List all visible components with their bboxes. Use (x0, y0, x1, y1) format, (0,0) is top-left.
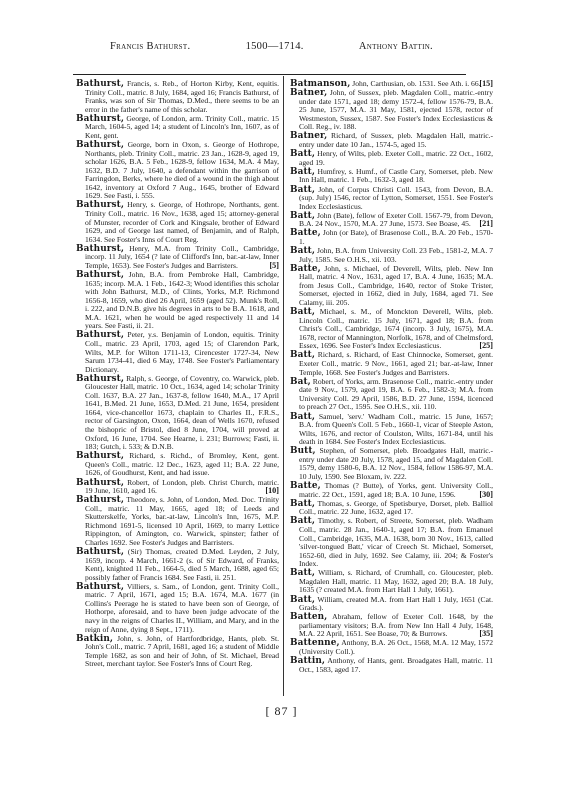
entry-text: William, s. Richard, of Crumhall, co. Gl… (299, 568, 493, 594)
register-entry: Batt, Humfrey, s. Humf., of Castle Cary,… (290, 168, 493, 185)
entry-text: Robert, of Yorks, arm. Brasenose Coll., … (299, 377, 493, 412)
register-entry: Bathurst, Ralph, s. George, of Coventry,… (76, 375, 279, 452)
entry-text: Abraham, fellow of Exeter Coll. 1648, by… (299, 612, 493, 638)
register-entry: Batte, John, s. Michael, of Deverell, Wi… (290, 265, 493, 308)
entry-text: Richard, s. Richard, of East Chinnocke, … (299, 350, 493, 376)
header-rule (73, 74, 466, 75)
entry-text: George, born in Oxon, s. George of Hothr… (85, 140, 279, 200)
register-entry: Batner, Richard, of Sussex, pleb. Magdal… (290, 132, 493, 149)
entry-text: Villiers, s. Sam., of London, gent. Trin… (85, 582, 279, 634)
running-header: Francis Bathurst. 1500—1714. Anthony Bat… (72, 41, 468, 57)
register-entry: Bat, Robert, of Yorks, arm. Brasenose Co… (290, 378, 493, 412)
entry-text: John, s. Michael, of Deverell, Wilts, pl… (299, 264, 493, 307)
entry-text: Richard, of Sussex, pleb. Magdalen Hall,… (299, 131, 493, 149)
register-entry: Batten, Abraham, fellow of Exeter Coll. … (290, 613, 493, 639)
register-entry: Batte, Thomas (? Butte), of Yorks, gent.… (290, 482, 493, 499)
register-entry: Batt, Henry, of Wilts, pleb. Exeter Coll… (290, 150, 493, 167)
register-entry: Bathurst, Robert, of London, pleb. Chris… (76, 479, 279, 496)
left-column: Bathurst, Francis, s. Reb., of Horton Ki… (76, 80, 279, 670)
register-entry: Battenne, Anthony, B.A. 26 Oct., 1568, M… (290, 639, 493, 656)
entry-text: Henry, of Wilts, pleb. Exeter Coll., mat… (299, 149, 493, 167)
register-entry: Battin, Anthony, of Hants, gent. Broadga… (290, 657, 493, 674)
entry-text: Thomas (? Butte), of Yorks, gent. Univer… (299, 481, 493, 499)
entry-text: Michael, s. M., of Monckton Deverell, Wi… (299, 307, 493, 350)
register-entry: Batt, Samuel, 'serv.' Wadham Coll., matr… (290, 413, 493, 447)
register-entry: Bathurst, Peter, y.s. Benjamin of London… (76, 331, 279, 374)
entry-text: Thomas, s. George, of Spetisburye, Dorse… (299, 499, 493, 517)
register-entry: Bathurst, (Sir) Thomas, created D.Med. L… (76, 548, 279, 582)
register-entry: Bathurst, Henry, M.A. from Trinity Coll.… (76, 245, 279, 271)
register-entry: Butt, Stephen, of Somerset, pleb. Broadg… (290, 447, 493, 481)
register-entry: Batt, John, of Corpus Christi Coll. 1543… (290, 186, 493, 212)
register-entry: Bathurst, Francis, s. Reb., of Horton Ki… (76, 80, 279, 114)
register-entry: Bathurst, Theodore, s. John, of London, … (76, 496, 279, 547)
register-entry: Bathurst, Richard, s. Richd., of Bromley… (76, 452, 279, 478)
header-last-entry: Anthony Battin. (359, 41, 433, 52)
header-date-range: 1500—1714. (246, 41, 304, 52)
entry-text: Theodore, s. John, of London, Med. Doc. … (85, 495, 279, 547)
entry-text: Anthony, of Hants, gent. Broadgates Hall… (299, 656, 493, 674)
register-entry: Bathurst, George, born in Oxon, s. Georg… (76, 141, 279, 201)
entry-text: John, of Corpus Christi Coll. 1543, from… (299, 185, 493, 211)
register-entry: Batner, John, of Sussex, pleb. Magdalen … (290, 89, 493, 132)
register-entry: Batt, William, created M.A. from Hart Ha… (290, 596, 493, 613)
entry-text: Samuel, 'serv.' Wadham Coll., matric. 15… (299, 412, 493, 447)
register-entry: Batt, John, B.A. from University Coll. 2… (290, 247, 493, 264)
register-entry: Batt, Richard, s. Richard, of East Chinn… (290, 351, 493, 377)
entry-text: Humfrey, s. Humf., of Castle Cary, Somer… (299, 167, 493, 185)
entry-text: John (Bate), fellow of Exeter Coll. 1567… (299, 211, 493, 229)
page-number: [ 87 ] (0, 704, 563, 719)
register-entry: Bathurst, George, of London, arm. Trinit… (76, 115, 279, 141)
register-entry: Batt, William, s. Richard, of Crumhall, … (290, 569, 493, 595)
right-column: Batmanson, John, Carthusian, ob. 1531. S… (290, 80, 493, 675)
entry-text: John, Carthusian, ob. 1531. See Ath. i. … (350, 79, 480, 88)
header-first-entry: Francis Bathurst. (110, 41, 190, 52)
register-entry: Batt, John (Bate), fellow of Exeter Coll… (290, 212, 493, 229)
register-entry: Batkin, John, s. John, of Hartfordbridge… (76, 635, 279, 669)
entry-text: William, created M.A. from Hart Hall 1 J… (299, 595, 493, 613)
register-entry: Batt, Thomas, s. George, of Spetisburye,… (290, 500, 493, 517)
register-entry: Batt, Michael, s. M., of Monckton Devere… (290, 308, 493, 351)
entry-text: John (or Bate), of Brasenose Coll., B.A.… (299, 228, 493, 246)
entry-text: John, s. John, of Hartfordbridge, Hants,… (85, 634, 279, 669)
entry-text: John, of Sussex, pleb. Magdalen Coll., m… (299, 88, 493, 131)
entry-text: John, B.A. from University Coll. 23 Feb.… (299, 246, 493, 264)
register-entry: Bathurst, Villiers, s. Sam., of London, … (76, 583, 279, 634)
register-entry: Bathurst, Henry, s. George, of Hothrope,… (76, 201, 279, 244)
entry-text: Stephen, of Somerset, pleb. Broadgates H… (299, 446, 493, 481)
register-entry: Bathurst, John, B.A. from Pembroke Hall,… (76, 271, 279, 331)
entry-text: John, B.A. from Pembroke Hall, Cambridge… (85, 270, 279, 330)
entry-text: Timothy, s. Robert, of Streete, Somerset… (299, 516, 493, 568)
register-entry: Batt, Timothy, s. Robert, of Streete, So… (290, 517, 493, 568)
register-entry: Batte, John (or Bate), of Brasenose Coll… (290, 229, 493, 246)
entry-surname: Batte, (290, 228, 321, 238)
entry-text: Ralph, s. George, of Coventry, co. Warwi… (85, 374, 279, 451)
column-divider (283, 76, 284, 696)
